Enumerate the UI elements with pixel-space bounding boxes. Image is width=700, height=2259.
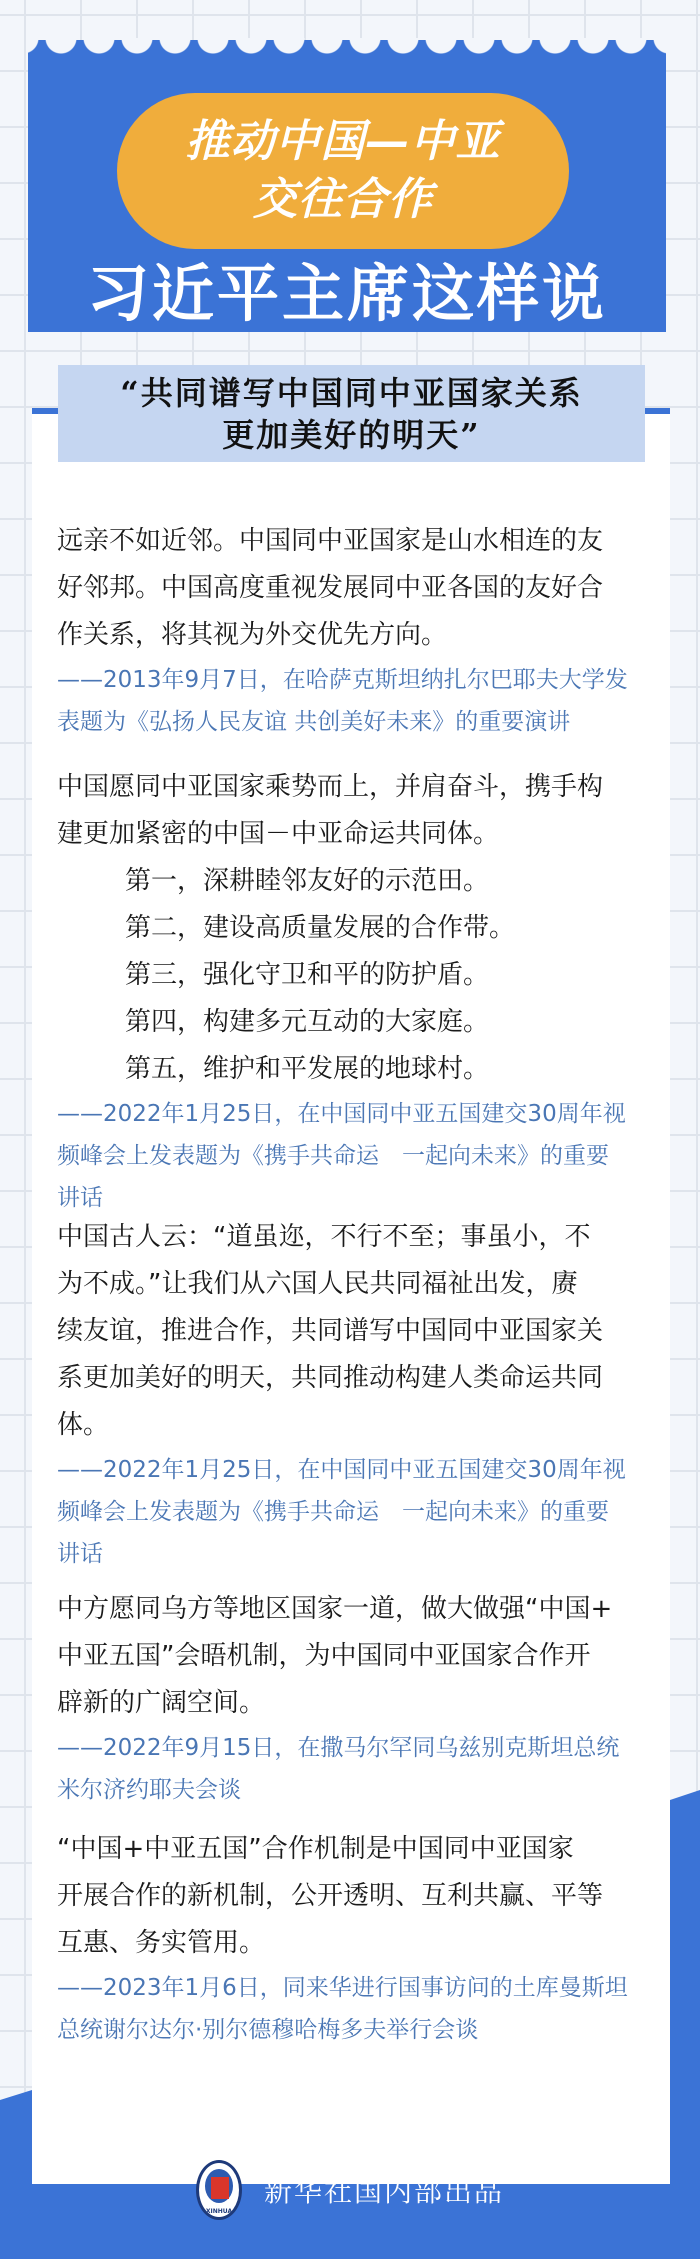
quote-line: 互惠、务实管用。 — [57, 1920, 657, 1967]
quote-line: 作关系，将其视为外交优先方向。 — [57, 612, 657, 659]
attribution-line: 总统谢尔达尔·别尔德穆哈梅多夫举行会谈 — [57, 2009, 657, 2051]
attribution-line: ——2022年9月15日，在撒马尔罕同乌兹别克斯坦总统 — [57, 1727, 657, 1769]
list-item: 第四，构建多元互动的大家庭。 — [57, 999, 657, 1046]
quote-line: 中国古人云：“道虽迩，不行不至；事虽小，不 — [57, 1214, 657, 1261]
quote-line: “中国+中亚五国”合作机制是中国同中亚国家 — [57, 1826, 657, 1873]
attribution-line: ——2013年9月7日，在哈萨克斯坦纳扎尔巴耶夫大学发 — [57, 659, 657, 701]
pill-line-1: 推动中国—中亚 — [186, 113, 501, 171]
subtitle-banner: “共同谱写中国同中亚国家关系 更加美好的明天” — [58, 365, 645, 462]
footer-credit: 新华社国内部出品 — [264, 2170, 504, 2210]
xinhua-logo-icon: XINHUA — [196, 2160, 242, 2220]
quote-line: 建更加紧密的中国－中亚命运共同体。 — [57, 811, 657, 858]
page-title: 习近平主席这样说 — [28, 258, 666, 330]
quote-line: 辟新的广阔空间。 — [57, 1680, 657, 1727]
attribution-line: 讲话 — [57, 1177, 657, 1219]
list-item: 第二，建设高质量发展的合作带。 — [57, 905, 657, 952]
list-item: 第一，深耕睦邻友好的示范田。 — [57, 858, 657, 905]
quote-line: 中方愿同乌方等地区国家一道，做大做强“中国+ — [57, 1586, 657, 1633]
logo-text: XINHUA — [199, 2208, 239, 2215]
quote-block-3: 中国古人云：“道虽迩，不行不至；事虽小，不 为不成。”让我们从六国人民共同福祉出… — [57, 1214, 657, 1575]
header-box: 推动中国—中亚 交往合作 习近平主席这样说 — [28, 40, 666, 332]
attribution-line: 频峰会上发表题为《携手共命运 一起向未来》的重要 — [57, 1491, 657, 1533]
banner-line-2: 更加美好的明天” — [222, 414, 480, 456]
footer: XINHUA 新华社国内部出品 — [0, 2160, 700, 2220]
quote-line: 系更加美好的明天，共同推动构建人类命运共同 — [57, 1355, 657, 1402]
banner-line-1: “共同谱写中国同中亚国家关系 — [120, 372, 582, 414]
quote-line: 开展合作的新机制，公开透明、互利共赢、平等 — [57, 1873, 657, 1920]
quote-block-4: 中方愿同乌方等地区国家一道，做大做强“中国+ 中亚五国”会晤机制，为中国同中亚国… — [57, 1586, 657, 1811]
quote-line: 好邻邦。中国高度重视发展同中亚各国的友好合 — [57, 565, 657, 612]
quote-block-2: 中国愿同中亚国家乘势而上，并肩奋斗，携手构 建更加紧密的中国－中亚命运共同体。 … — [57, 764, 657, 1219]
quote-line: 中国愿同中亚国家乘势而上，并肩奋斗，携手构 — [57, 764, 657, 811]
quote-line: 续友谊，推进合作，共同谱写中国同中亚国家关 — [57, 1308, 657, 1355]
list-item: 第五，维护和平发展的地球村。 — [57, 1046, 657, 1093]
quote-block-5: “中国+中亚五国”合作机制是中国同中亚国家 开展合作的新机制，公开透明、互利共赢… — [57, 1826, 657, 2051]
list-item: 第三，强化守卫和平的防护盾。 — [57, 952, 657, 999]
attribution-line: 表题为《弘扬人民友谊 共创美好未来》的重要演讲 — [57, 701, 657, 743]
attribution-line: 米尔济约耶夫会谈 — [57, 1769, 657, 1811]
scalloped-edge — [28, 38, 666, 58]
topic-pill: 推动中国—中亚 交往合作 — [117, 93, 569, 249]
quote-line: 远亲不如近邻。中国同中亚国家是山水相连的友 — [57, 518, 657, 565]
quote-block-1: 远亲不如近邻。中国同中亚国家是山水相连的友 好邻邦。中国高度重视发展同中亚各国的… — [57, 518, 657, 743]
attribution-line: 讲话 — [57, 1533, 657, 1575]
quote-line: 中亚五国”会晤机制，为中国同中亚国家合作开 — [57, 1633, 657, 1680]
attribution-line: ——2022年1月25日，在中国同中亚五国建交30周年视 — [57, 1093, 657, 1135]
attribution-line: ——2022年1月25日，在中国同中亚五国建交30周年视 — [57, 1449, 657, 1491]
pill-line-2: 交往合作 — [253, 171, 433, 229]
attribution-line: 频峰会上发表题为《携手共命运 一起向未来》的重要 — [57, 1135, 657, 1177]
quote-line: 体。 — [57, 1402, 657, 1449]
attribution-line: ——2023年1月6日，同来华进行国事访问的土库曼斯坦 — [57, 1967, 657, 2009]
quote-line: 为不成。”让我们从六国人民共同福祉出发，赓 — [57, 1261, 657, 1308]
